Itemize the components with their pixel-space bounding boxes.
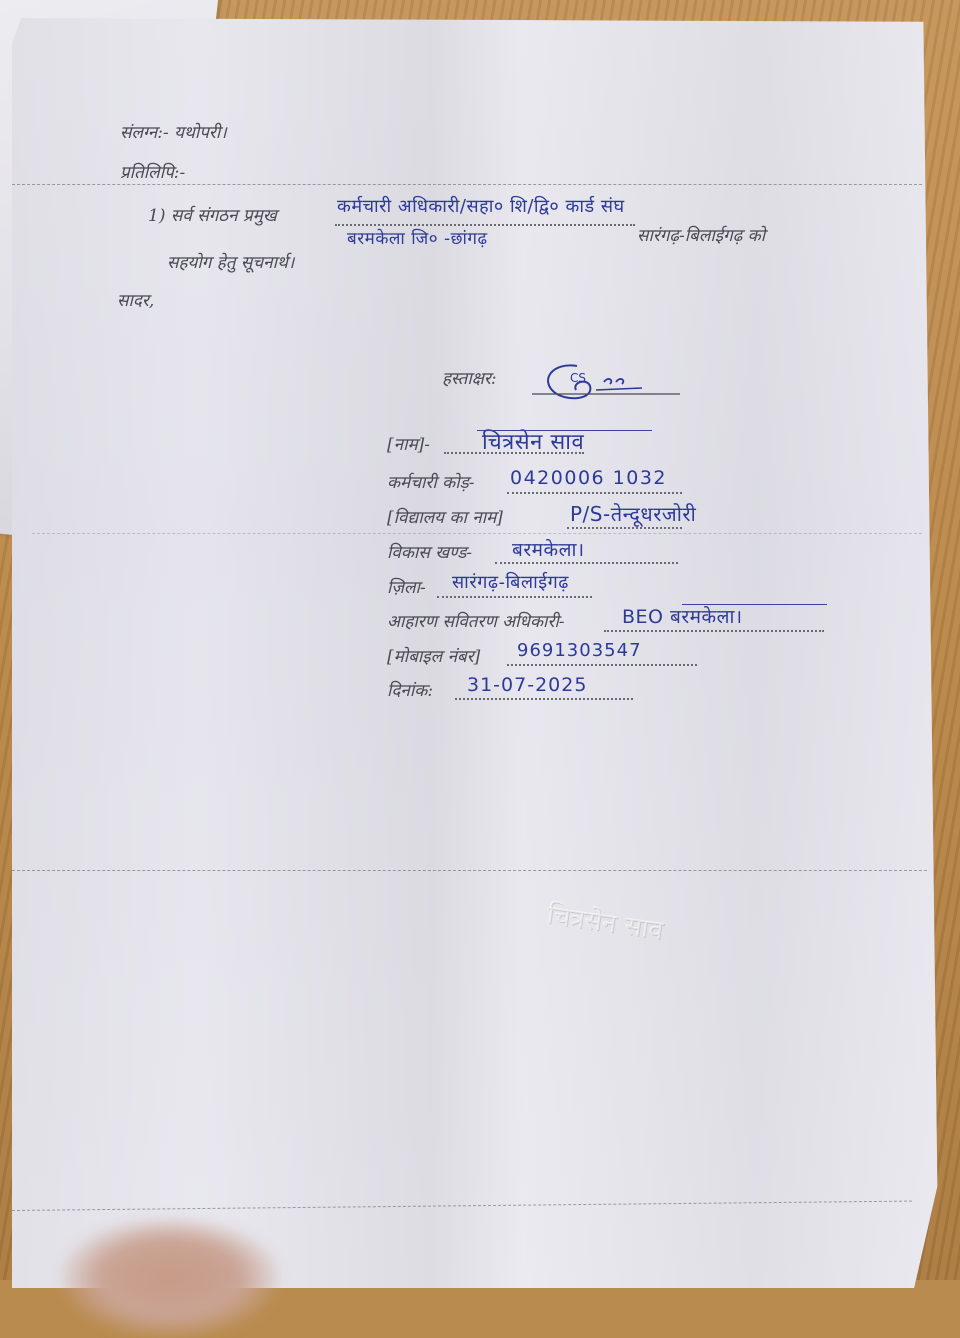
closing-text: सादर, bbox=[117, 288, 154, 311]
mobile-dotted-line bbox=[507, 664, 697, 666]
copy-label: प्रतिलिपि:- bbox=[120, 160, 185, 183]
field-label-name: [नाम]- bbox=[387, 432, 430, 455]
field-label-development-block: विकास खण्ड- bbox=[387, 540, 472, 563]
field-value-employee-code: 0420006 1032 bbox=[510, 467, 667, 489]
fold-line-bottom bbox=[12, 1201, 912, 1211]
svg-text:CS: CS bbox=[570, 371, 586, 385]
code-dotted-line bbox=[507, 492, 682, 494]
field-label-employee-code: कर्मचारी कोड़- bbox=[387, 470, 474, 493]
field-label-district: ज़िला- bbox=[387, 575, 426, 598]
block-dotted-line bbox=[495, 562, 678, 564]
field-label-mobile: [मोबाइल नंबर] bbox=[387, 644, 480, 667]
field-value-district: सारंगढ़-बिलाईगढ़ bbox=[452, 570, 569, 594]
purpose-text: सहयोग हेतु सूचनार्थ। bbox=[167, 250, 294, 273]
handwritten-organization: कर्मचारी अधिकारी/सहा० शि/द्वि० कार्ड संघ bbox=[337, 194, 625, 218]
handwritten-place: बरमकेला जि० -छांगढ़ bbox=[347, 226, 488, 249]
fold-line-middle bbox=[32, 533, 922, 534]
field-label-date: दिनांक: bbox=[387, 678, 433, 701]
enclosure-label: संलग्न:- यथोपरी। bbox=[120, 120, 227, 143]
field-value-development-block: बरमकेला। bbox=[512, 536, 585, 562]
ddo-headline-stroke bbox=[682, 604, 827, 605]
embossed-impression: चित्रसेन साव bbox=[545, 895, 666, 947]
name-headline-stroke bbox=[477, 430, 652, 431]
copy-line-prefix: 1) सर्व संगठन प्रमुख bbox=[148, 203, 277, 226]
field-value-school-name: P/S-तेन्दूधरजोरी bbox=[570, 500, 696, 527]
ddo-dotted-line bbox=[604, 630, 824, 632]
field-value-ddo: BEO बरमकेला। bbox=[622, 603, 743, 629]
date-dotted-line bbox=[455, 698, 633, 700]
field-label-school-name: [विद्यालय का नाम] bbox=[387, 505, 503, 528]
school-dotted-line bbox=[567, 527, 682, 529]
field-value-date: 31-07-2025 bbox=[467, 674, 587, 696]
divider-line-top bbox=[12, 184, 922, 185]
field-value-mobile: 9691303547 bbox=[517, 640, 642, 661]
document-page: संलग्न:- यथोपरी। प्रतिलिपि:- 1) सर्व संग… bbox=[12, 18, 942, 1280]
signature-scribble: CS bbox=[532, 360, 682, 410]
fold-line-lower bbox=[12, 870, 927, 871]
field-label-ddo: आहारण सवितरण अधिकारी- bbox=[387, 609, 565, 632]
district-dotted-line bbox=[437, 596, 592, 598]
district-printed: सारंगढ़-बिलाईगढ़ को bbox=[637, 223, 765, 246]
signature-label: हस्ताक्षर: bbox=[442, 366, 497, 389]
